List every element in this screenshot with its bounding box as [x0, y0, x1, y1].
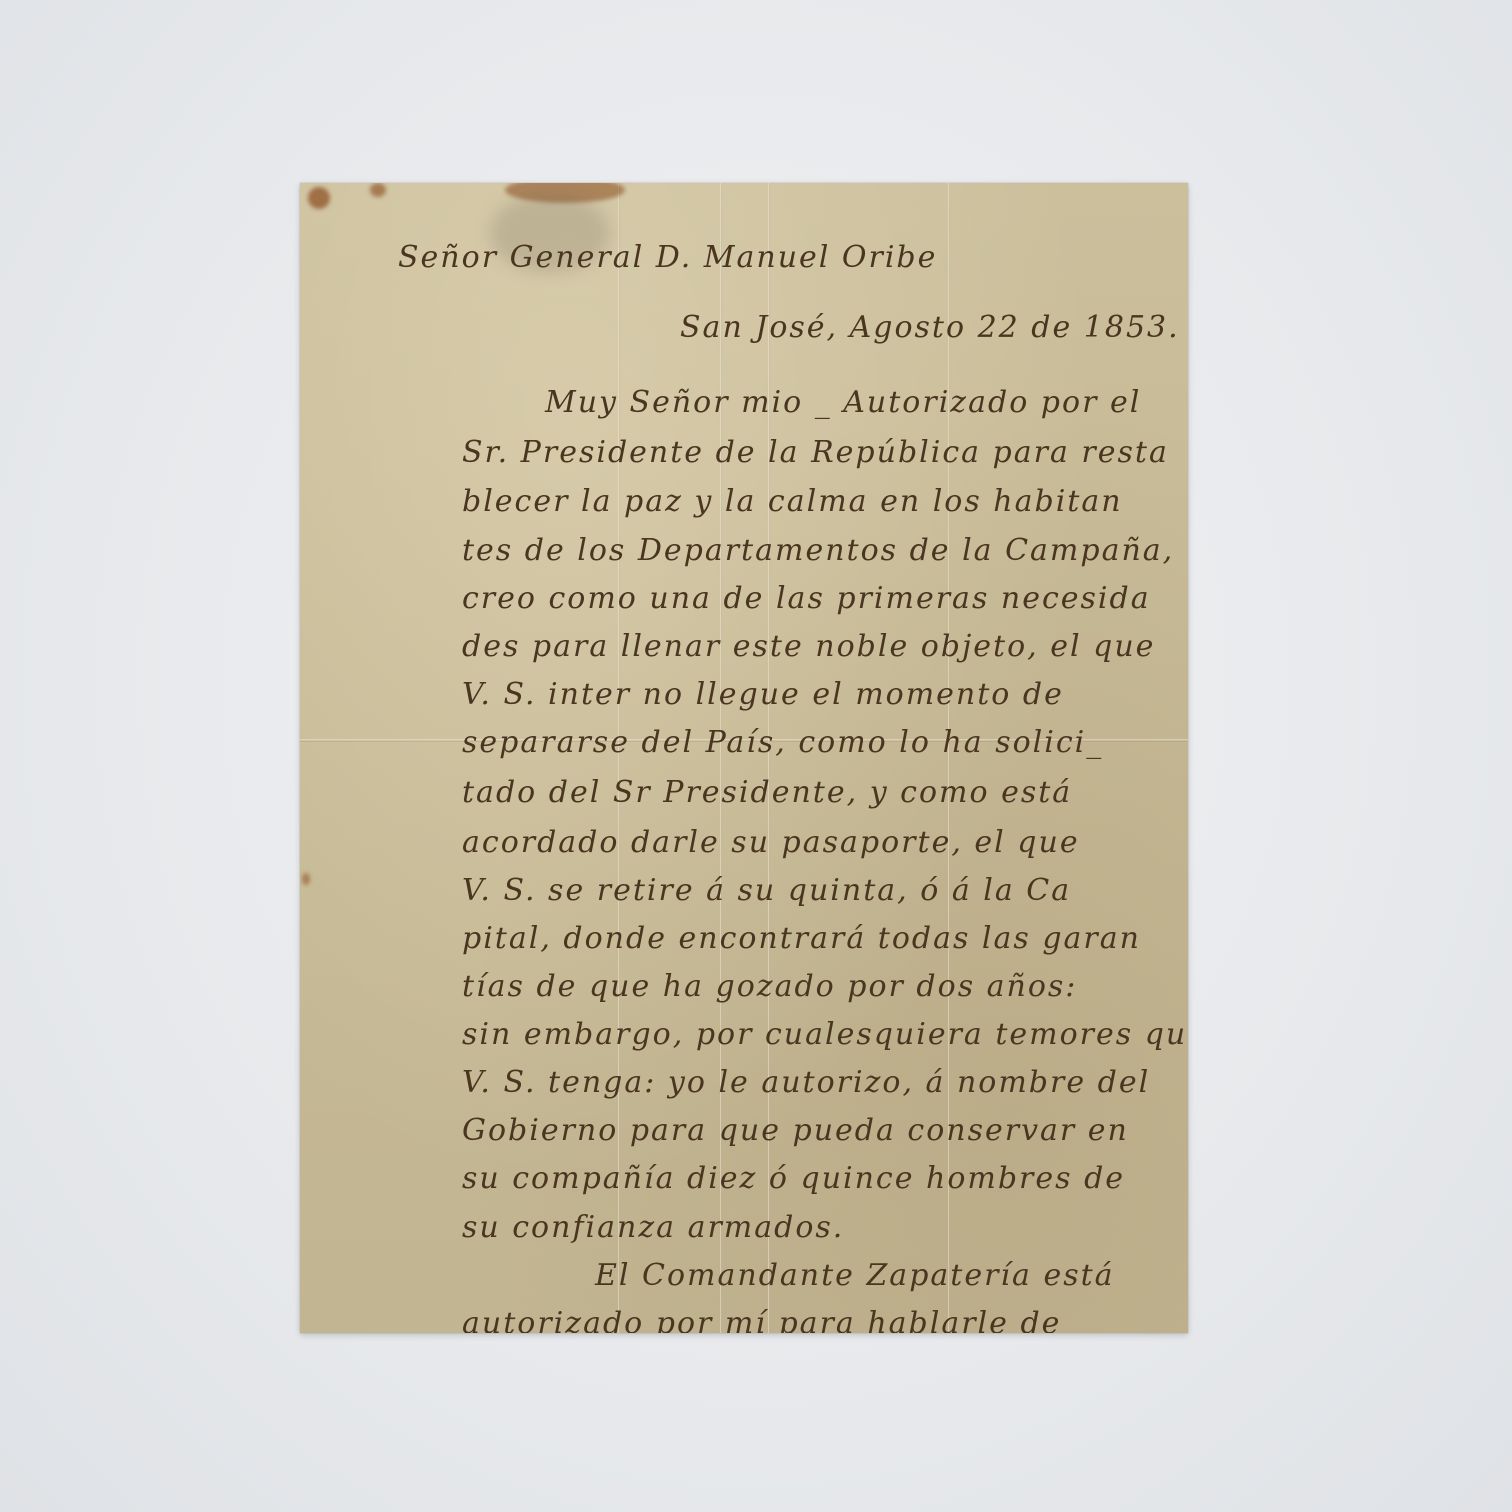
addressee: Señor General D. Manuel Oribe: [398, 243, 937, 273]
body-line: des para llenar este noble objeto, el qu…: [462, 632, 1155, 662]
place-date: San José, Agosto 22 de 1853.: [680, 313, 1180, 343]
body-line: acordado darle su pasaporte, el que: [462, 828, 1080, 858]
body-line: tías de que ha gozado por dos años:: [462, 972, 1077, 1002]
body-line: El Comandante Zapatería está: [595, 1261, 1115, 1291]
body-line: tes de los Departamentos de la Campaña,: [462, 536, 1174, 566]
body-line: separarse del País, como lo ha solici_: [462, 728, 1103, 758]
body-line: V. S. se retire á su quinta, ó á la Ca: [462, 876, 1071, 906]
letter-page: Señor General D. Manuel Oribe San José, …: [300, 183, 1188, 1333]
body-line: V. S. inter no llegue el momento de: [462, 680, 1064, 710]
body-line: tado del Sr Presidente, y como está: [462, 778, 1072, 808]
body-line: pital, donde encontrará todas las garan: [462, 924, 1141, 954]
body-line: creo como una de las primeras necesida: [462, 584, 1151, 614]
body-line: Muy Señor mio _ Autorizado por el: [545, 388, 1141, 418]
body-line: autorizado por mí para hablarle de: [462, 1309, 1061, 1333]
body-line: blecer la paz y la calma en los habitan: [462, 487, 1123, 517]
letter-text: Señor General D. Manuel Oribe San José, …: [300, 183, 1188, 1333]
body-line: Gobierno para que pueda conservar en: [462, 1116, 1129, 1146]
body-line: su compañía diez ó quince hombres de: [462, 1164, 1125, 1194]
body-line: V. S. tenga: yo le autorizo, á nombre de…: [462, 1068, 1150, 1098]
body-line: sin embargo, por cualesquiera temores qu…: [462, 1020, 1188, 1050]
body-line: Sr. Presidente de la República para rest…: [462, 438, 1169, 468]
body-line: su confianza armados.: [462, 1213, 844, 1243]
